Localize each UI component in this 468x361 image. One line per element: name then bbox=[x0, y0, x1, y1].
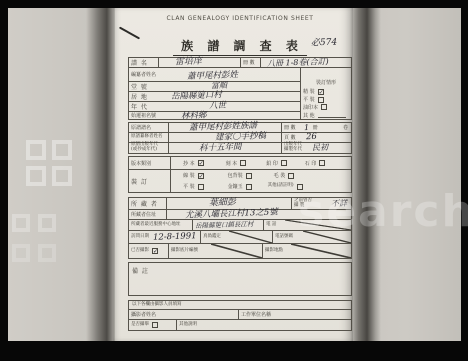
label-genealogy-title: 譜 名 bbox=[129, 58, 159, 67]
row-binding-type: 裝 訂 線 裝 ✓ 包背裝 毛 裝 bbox=[129, 170, 351, 192]
row-founding-ancestor: 始遷祖名號 林科鄉 bbox=[129, 111, 300, 121]
option-gold-inlay: 金鑲玉 bbox=[228, 183, 252, 190]
value-volume-count: 八冊 1-8卷(合訂) bbox=[261, 58, 351, 67]
cell-pages: 頁 數 26 bbox=[281, 133, 351, 142]
label-filmed: 已否攝影 ✓ bbox=[129, 244, 169, 258]
row-filmed: 已否攝影 ✓ 攝影底片編號 攝影地點 bbox=[129, 243, 351, 258]
empty-negative-cell bbox=[211, 244, 263, 258]
label-visit-date: 訪問日期 bbox=[129, 231, 151, 243]
table-holder-info: 所 藏 者 葉細彭 之前曾否 攝 製 不詳 所藏者住址 bbox=[128, 197, 352, 259]
binding-option-hardcover: 精 裝 ✓ bbox=[303, 88, 349, 96]
cell-publish-era: 出版年代 攝製年代 民初 bbox=[281, 143, 351, 153]
option-loose: 毛 裝 bbox=[274, 172, 295, 179]
checkbox-letterpress bbox=[281, 160, 287, 166]
handwritten-page-annotation: 必574 bbox=[311, 39, 337, 49]
option-woodblock: 刻 本 bbox=[226, 160, 247, 167]
checkbox-gold-inlay bbox=[246, 184, 252, 190]
label-holder: 所 藏 者 bbox=[129, 198, 167, 209]
chinese-sheet-title-text: 族 譜 調 查 表 bbox=[173, 39, 307, 56]
label-phone: 電 話 bbox=[263, 220, 285, 230]
label-original-compiler: 原譜纂修者姓名 bbox=[129, 133, 169, 142]
row-original-title: 原譜譜名 蕭甲尾村彭姓族譜 冊 數 1 冊 卷 bbox=[129, 123, 351, 132]
value-service-center: 岳陽縣筻口鎮長江村 bbox=[193, 220, 263, 230]
table-photographer: 以下各欄由攝影人員填寫 攝影者姓名 工作單位名稱 是否攝畢 其他說明 bbox=[128, 300, 352, 331]
table-original-genealogy: 原譜譜名 蕭甲尾村彭姓族譜 冊 數 1 冊 卷 原譜纂修者姓名 建家〇手抄稿 bbox=[128, 122, 352, 154]
row-hall-name: 堂 號 富順 bbox=[129, 81, 300, 91]
label-authenticity: 真偽鑑定 bbox=[201, 231, 229, 243]
checkbox-paper-bound bbox=[198, 184, 204, 190]
checkbox-stitched: ✓ bbox=[198, 173, 204, 179]
other-fill-line bbox=[318, 113, 346, 118]
binding-line-1: 線 裝 ✓ 包背裝 毛 裝 bbox=[171, 170, 351, 181]
label-phone-number: 電話號碼 bbox=[273, 231, 303, 243]
row-holder-name: 所 藏 者 葉細彭 之前曾否 攝 製 不詳 bbox=[129, 198, 351, 209]
label-service-center: 所藏者最近服務中心地址 bbox=[129, 220, 193, 230]
option-manuscript: 抄 本 ✓ bbox=[183, 160, 204, 167]
row-compiler: 編纂者姓名 蕭甲尾村彭姓 bbox=[129, 68, 300, 81]
label-original-title: 原譜譜名 bbox=[129, 123, 169, 132]
row-photographer-name: 攝影者姓名 工作單位名稱 bbox=[129, 310, 351, 320]
label-filming-complete: 是否攝畢 bbox=[129, 320, 177, 330]
empty-authenticity-cell bbox=[229, 231, 273, 243]
label-negative-number: 攝影底片編號 bbox=[169, 244, 211, 258]
row-genealogy-title: 譜 名 雷培庠 冊 數 八冊 1-8卷(合訂) bbox=[129, 58, 351, 68]
row-residence: 居 地 岳陽縣筻口村 bbox=[129, 91, 300, 101]
label-filming-location: 攝影地點 bbox=[263, 244, 291, 258]
option-wrapped-back: 包背裝 bbox=[228, 172, 252, 179]
binding-option-paperback: 平 裝 bbox=[303, 96, 349, 104]
table1-body: 編纂者姓名 蕭甲尾村彭姓 堂 號 富順 居 地 岳陽縣筻口村 年 代 八世 bbox=[129, 68, 351, 120]
row-service-center: 所藏者最近服務中心地址 岳陽縣筻口鎮長江村 電 話 bbox=[129, 219, 351, 230]
table-genealogy-identity: 譜 名 雷培庠 冊 數 八冊 1-8卷(合訂) 編纂者姓名 蕭甲尾村彭姓 bbox=[128, 57, 352, 120]
table-remarks: 備 註 bbox=[128, 262, 352, 296]
binding-line-2: 平 裝 金鑲玉 其他(請註明) bbox=[171, 181, 351, 192]
binding-option-other: 其 他 bbox=[303, 111, 349, 119]
empty-phone-cell bbox=[285, 220, 351, 230]
label-photographer-name: 攝影者姓名 bbox=[129, 310, 239, 319]
label-volume-count: 冊 數 bbox=[241, 58, 261, 67]
row-photographer-header: 以下各欄由攝影人員填寫 bbox=[129, 301, 351, 310]
option-lithograph: 石 印 bbox=[305, 160, 326, 167]
checkbox-paperback bbox=[318, 97, 324, 103]
row-original-compiler: 原譜纂修者姓名 建家〇手抄稿 頁 數 26 bbox=[129, 132, 351, 142]
empty-location-cell bbox=[291, 244, 351, 258]
edition-options: 抄 本 ✓ 刻 本 鉛 印 石 印 bbox=[171, 157, 351, 169]
label-other-notes: 其他說明 bbox=[177, 320, 351, 330]
row-holder-address: 所藏者住址 尤溪八壩長江村13之5號 bbox=[129, 209, 351, 219]
microfilm-scan-frame: CLAN GENEALOGY IDENTIFICATION SHEET 族 譜 … bbox=[0, 0, 468, 361]
label-original-era: 原譜出版年代 (或抄成年代) bbox=[129, 143, 169, 153]
form-paper: CLAN GENEALOGY IDENTIFICATION SHEET 族 譜 … bbox=[113, 8, 353, 341]
binding-status-box: 裝訂情形 精 裝 ✓ 平 裝 油印本 其 他 bbox=[301, 68, 351, 120]
checkbox-binding-other bbox=[297, 184, 303, 190]
binding-status-header: 裝訂情形 bbox=[303, 69, 349, 88]
checkbox-manuscript: ✓ bbox=[198, 160, 204, 166]
checkbox-loose bbox=[288, 173, 294, 179]
option-letterpress: 鉛 印 bbox=[266, 160, 287, 167]
label-edition-type: 版本類別 bbox=[129, 157, 171, 169]
label-remarks: 備 註 bbox=[132, 266, 149, 275]
value-visit-date: 12-8-1991 bbox=[151, 231, 201, 243]
checkbox-filmed: ✓ bbox=[152, 248, 158, 254]
option-stitched: 線 裝 ✓ bbox=[183, 172, 204, 179]
checkbox-mimeograph bbox=[321, 104, 327, 110]
empty-phone-number-cell bbox=[303, 231, 351, 243]
table1-left-rows: 編纂者姓名 蕭甲尾村彭姓 堂 號 富順 居 地 岳陽縣筻口村 年 代 八世 bbox=[129, 68, 301, 120]
row-visit-date: 訪問日期 12-8-1991 真偽鑑定 電話號碼 bbox=[129, 230, 351, 243]
row-original-era: 原譜出版年代 (或抄成年代) 科十五年間 出版年代 攝製年代 民初 bbox=[129, 142, 351, 153]
value-original-compiler: 建家〇手抄稿 bbox=[169, 133, 281, 142]
checkbox-hardcover: ✓ bbox=[318, 89, 324, 95]
option-paper-bound: 平 裝 bbox=[183, 183, 204, 190]
checkbox-wrapped-back bbox=[246, 173, 252, 179]
cell-volume: 冊 數 1 冊 卷 bbox=[281, 123, 351, 132]
table-edition-type: 版本類別 抄 本 ✓ 刻 本 鉛 印 bbox=[128, 156, 352, 193]
binding-option-mimeograph: 油印本 bbox=[303, 104, 349, 112]
value-previously-filmed: 不詳 bbox=[323, 198, 351, 209]
checkbox-woodblock bbox=[240, 160, 246, 166]
option-binding-other: 其他(請註明) bbox=[268, 184, 303, 190]
checkbox-filming-complete bbox=[152, 322, 158, 328]
value-genealogy-title: 雷培庠 bbox=[159, 58, 241, 67]
label-holder-address: 所藏者住址 bbox=[129, 210, 167, 219]
label-previously-filmed: 之前曾否 攝 製 bbox=[291, 198, 323, 209]
value-original-era: 科十五年間 bbox=[169, 143, 281, 153]
label-binding-type: 裝 訂 bbox=[129, 170, 171, 192]
checkbox-lithograph bbox=[319, 160, 325, 166]
value-holder-address: 尤溪八壩長江村13之5號 bbox=[167, 210, 351, 219]
row-filming-complete: 是否攝畢 其他說明 bbox=[129, 320, 351, 330]
row-edition-type: 版本類別 抄 本 ✓ 刻 本 鉛 印 bbox=[129, 157, 351, 170]
binding-option-lines: 線 裝 ✓ 包背裝 毛 裝 bbox=[171, 170, 351, 192]
label-work-unit: 工作單位名稱 bbox=[239, 310, 351, 319]
row-era: 年 代 八世 bbox=[129, 101, 300, 111]
english-sheet-title: CLAN GENEALOGY IDENTIFICATION SHEET bbox=[128, 15, 352, 22]
